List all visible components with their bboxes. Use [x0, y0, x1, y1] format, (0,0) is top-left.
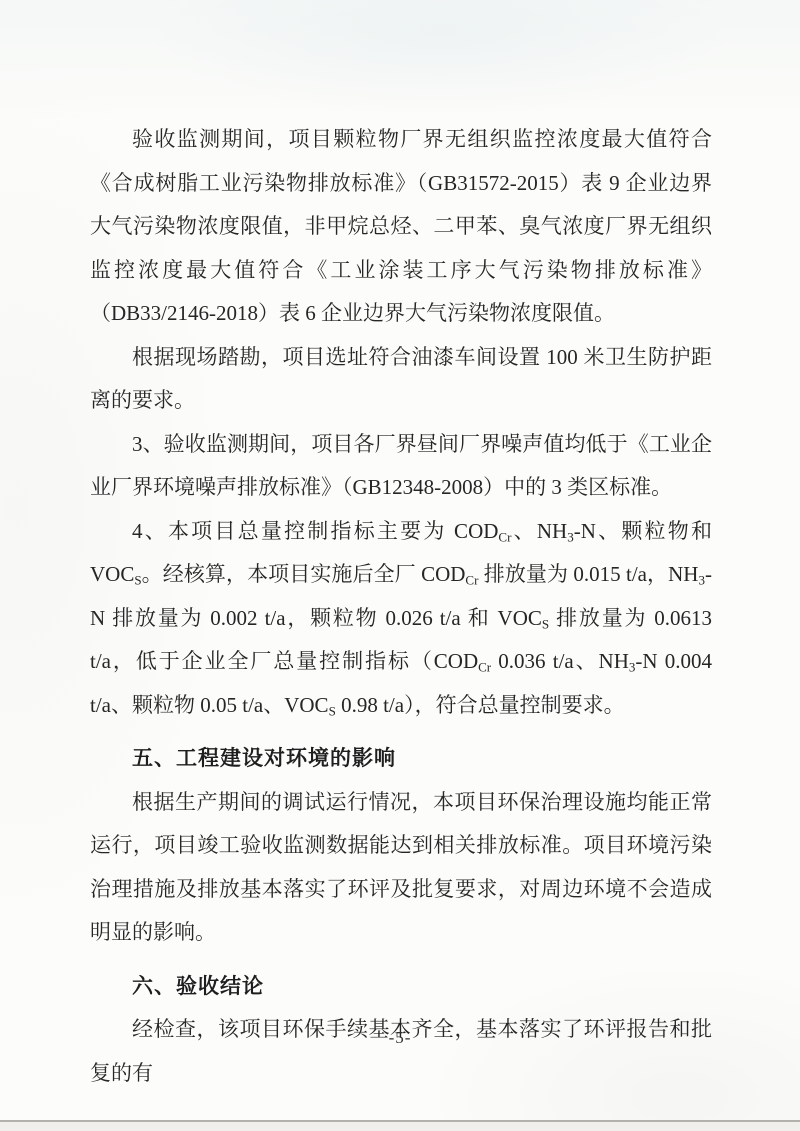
heading-section-5-environmental-impact: 五、工程建设对环境的影响 [90, 737, 712, 781]
paragraph-site-survey-sanitary-distance: 根据现场踏勘，项目选址符合油漆车间设置 100 米卫生防护距离的要求。 [90, 336, 712, 423]
paragraph-inspection-conclusion: 经检查，该项目环保手续基本齐全，基本落实了环评报告和批复的有 [90, 1008, 712, 1095]
heading-section-6-acceptance-conclusion: 六、验收结论 [90, 965, 712, 1009]
document-body: 验收监测期间，项目颗粒物厂界无组织监控浓度最大值符合《合成树脂工业污染物排放标准… [90, 118, 712, 1095]
paragraph-4-total-emission-control: 4、本项目总量控制指标主要为 CODCr、NH3-N、颗粒物和 VOCS。经核算… [90, 510, 712, 728]
page-number: -5- [0, 1028, 800, 1048]
scan-bottom-edge-artifact [0, 1120, 800, 1131]
paragraph-fugitive-emission-standards: 验收监测期间，项目颗粒物厂界无组织监控浓度最大值符合《合成树脂工业污染物排放标准… [90, 118, 712, 336]
paragraph-commissioning-operation: 根据生产期间的调试运行情况，本项目环保治理设施均能正常运行，项目竣工验收监测数据… [90, 781, 712, 955]
scan-top-haze-artifact [0, 0, 800, 120]
scanned-document-page: 验收监测期间，项目颗粒物厂界无组织监控浓度最大值符合《合成树脂工业污染物排放标准… [0, 0, 800, 1131]
paragraph-3-noise-standards: 3、验收监测期间，项目各厂界昼间厂界噪声值均低于《工业企业厂界环境噪声排放标准》… [90, 423, 712, 510]
